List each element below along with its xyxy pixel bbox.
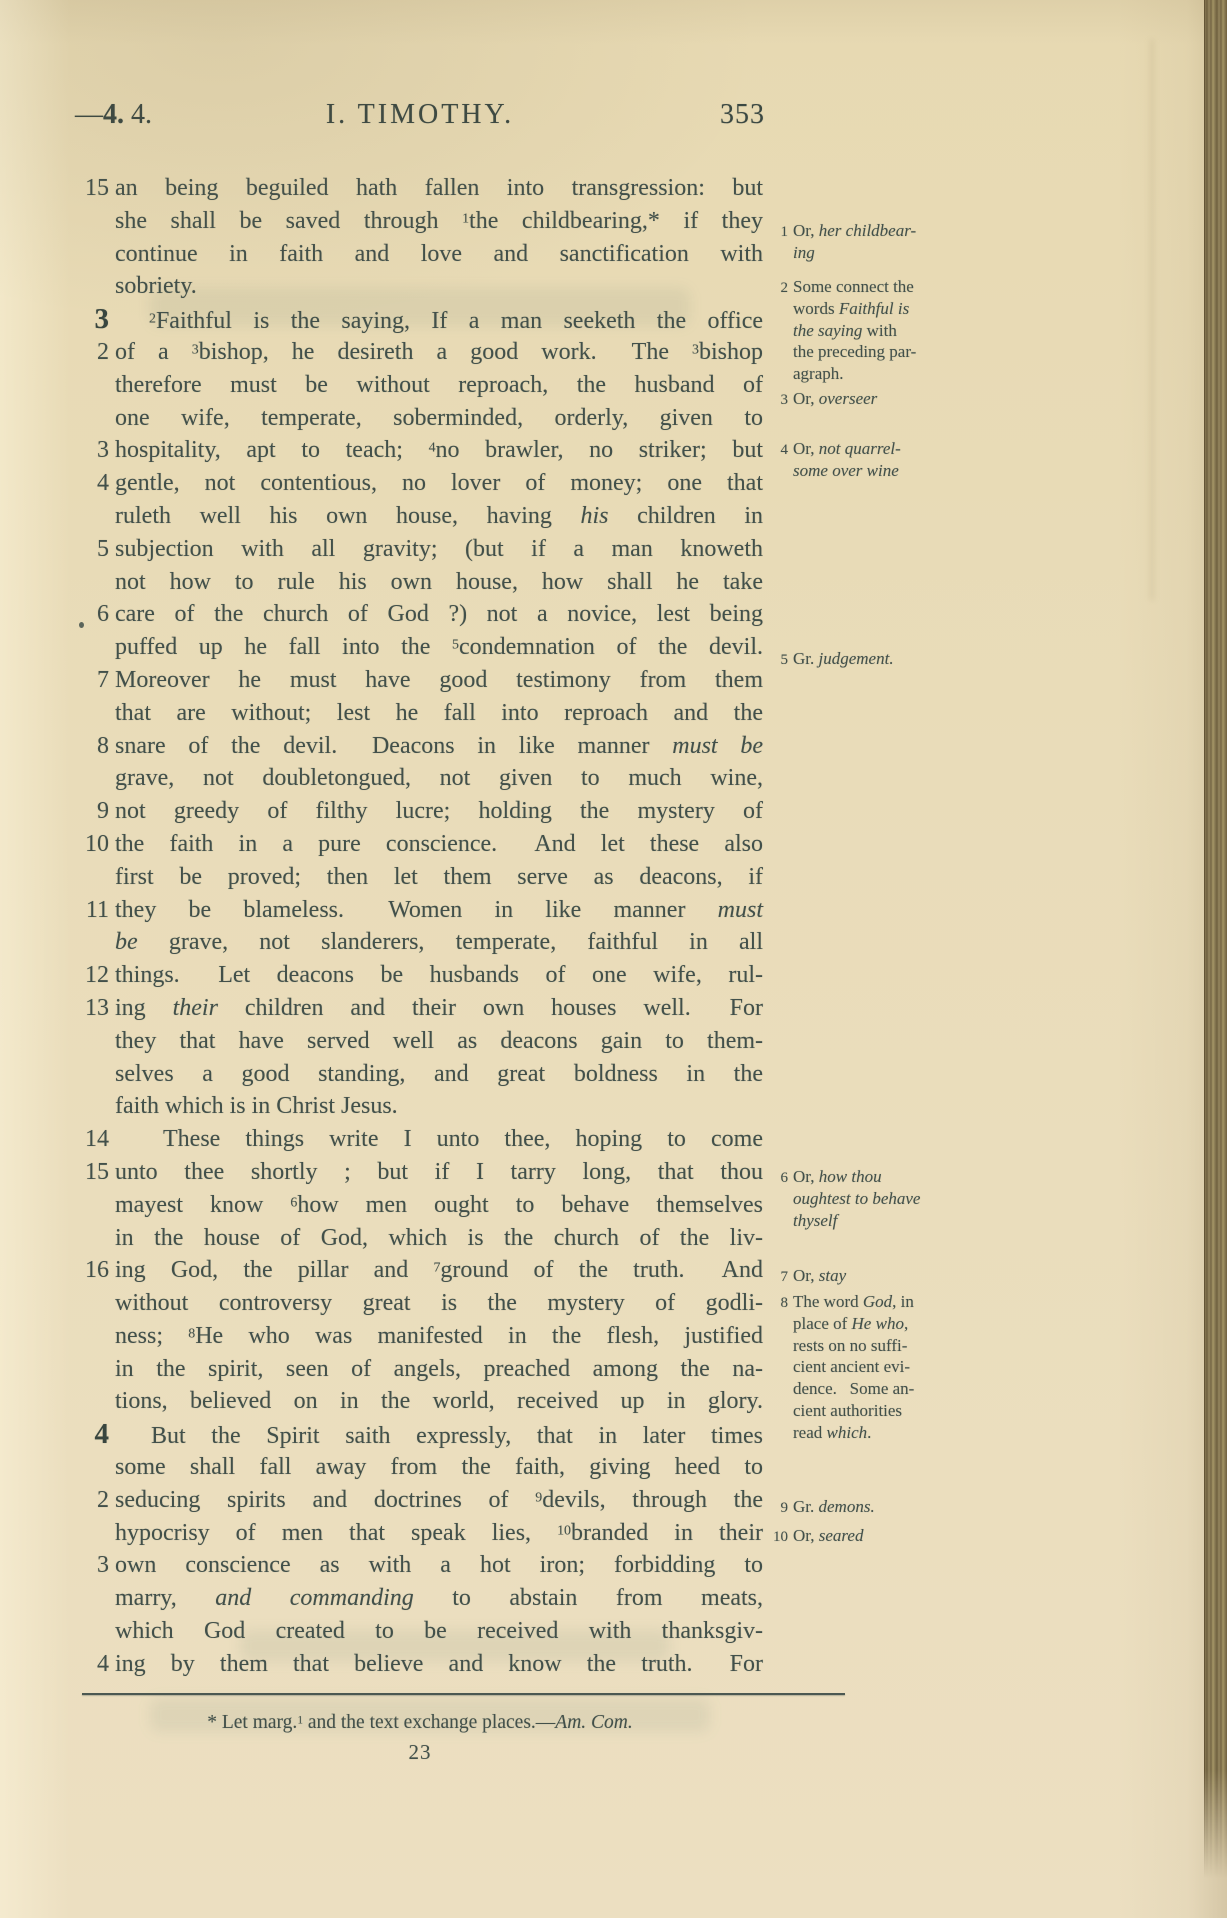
text-line: 11they be blameless. Women in like manne… [75, 894, 763, 927]
book-page: —4. 4. I. TIMOTHY. 353 15an being beguil… [0, 0, 1227, 1918]
text-line: 12things. Let deacons be husbands of one… [75, 959, 763, 992]
note-number: 10 [768, 1527, 788, 1549]
american-committee-footnote: * Let marg.1 and the text exchange place… [75, 1710, 765, 1736]
text-line: 10the faith in a pure conscience. And le… [75, 828, 763, 861]
verse-text: 2Faithful is the saying, If a man seeket… [115, 305, 763, 338]
verse-number: 14 [75, 1123, 109, 1156]
note-number: 3 [768, 390, 788, 412]
page-header: —4. 4. I. TIMOTHY. 353 [75, 96, 765, 134]
verse-number: 16 [75, 1254, 109, 1287]
text-line: therefore must be without reproach, the … [75, 369, 763, 402]
header-page-number: 353 [558, 96, 765, 134]
verse-text: not greedy of filthy lucre; holding the … [115, 795, 763, 828]
verse-text: ruleth well his own house, having his ch… [115, 500, 763, 533]
note-text: Or, seared [793, 1525, 980, 1547]
note-text: Gr. demons. [793, 1496, 980, 1518]
verse-number: 12 [75, 959, 109, 992]
note-number: 6 [768, 1168, 788, 1190]
text-line: ness; 8He who was manifested in the fles… [75, 1320, 763, 1353]
verse-text: Moreover he must have good testimony fro… [115, 664, 763, 697]
note-number: 2 [768, 278, 788, 300]
text-line: which God created to be received with th… [75, 1615, 763, 1648]
text-line: tions, believed on in the world, receive… [75, 1385, 763, 1418]
text-line: they that have served well as deacons ga… [75, 1025, 763, 1058]
text-line: faith which is in Christ Jesus. [75, 1090, 763, 1123]
text-line: not how to rule his own house, how shall… [75, 566, 763, 599]
verse-text: marry, and commanding to abstain from me… [115, 1582, 763, 1615]
text-line: 8snare of the devil. Deacons in like man… [75, 730, 763, 763]
verse-number: 15 [75, 1156, 109, 1189]
note-text: The word God, inplace of He who,rests on… [793, 1291, 980, 1444]
margin-note: 10Or, seared [768, 1525, 980, 1549]
footnote-divider [82, 1693, 845, 1695]
note-number: 9 [768, 1498, 788, 1520]
verse-text: not how to rule his own house, how shall… [115, 566, 763, 599]
verse-text: faith which is in Christ Jesus. [115, 1090, 763, 1123]
verse-text: These things write I unto thee, hoping t… [115, 1123, 763, 1156]
text-line: be grave, not slanderers, temperate, fai… [75, 926, 763, 959]
note-text: Or, how thououghtest to behavethyself [793, 1166, 980, 1231]
verse-text: ness; 8He who was manifested in the fles… [115, 1320, 763, 1353]
verse-number: 10 [75, 828, 109, 861]
text-line: in the spirit, seen of angels, preached … [75, 1353, 763, 1386]
verse-number: 2 [75, 1484, 109, 1517]
note-number: 4 [768, 440, 788, 462]
verse-number: 4 [75, 467, 109, 500]
verse-text: they that have served well as deacons ga… [115, 1025, 763, 1058]
verse-text: in the house of God, which is the church… [115, 1222, 763, 1255]
note-number: 5 [768, 650, 788, 672]
text-line: grave, not doubletongued, not given to m… [75, 762, 763, 795]
text-line: 4ing by them that believe and know the t… [75, 1648, 763, 1681]
text-line: 9not greedy of filthy lucre; holding the… [75, 795, 763, 828]
verse-text: sobriety. [115, 270, 763, 303]
verse-number: 7 [75, 664, 109, 697]
verse-text: own conscience as with a hot iron; forbi… [115, 1549, 763, 1582]
text-line: that are without; lest he fall into repr… [75, 697, 763, 730]
verse-number: 11 [75, 894, 109, 927]
margin-note: 7Or, stay [768, 1265, 980, 1289]
text-line: some shall fall away from the faith, giv… [75, 1451, 763, 1484]
text-line: ruleth well his own house, having his ch… [75, 500, 763, 533]
text-line: 16ing God, the pillar and 7ground of the… [75, 1254, 763, 1287]
verse-text: grave, not doubletongued, not given to m… [115, 762, 763, 795]
verse-text: gentle, not contentious, no lover of mon… [115, 467, 763, 500]
verse-number: 5 [75, 533, 109, 566]
margin-note: 4Or, not quarrel-some over wine [768, 438, 980, 482]
verse-text: one wife, temperate, soberminded, orderl… [115, 402, 763, 435]
page-edge-band [1204, 0, 1227, 1882]
text-line: 3own conscience as with a hot iron; forb… [75, 1549, 763, 1582]
verse-number: 15 [75, 172, 109, 205]
note-text: Or, overseer [793, 388, 980, 410]
margin-note: 8The word God, inplace of He who,rests o… [768, 1291, 980, 1444]
verse-text: puffed up he fall into the 5condemnation… [115, 631, 763, 664]
text-line: 5subjection with all gravity; (but if a … [75, 533, 763, 566]
text-line: marry, and commanding to abstain from me… [75, 1582, 763, 1615]
verse-text: subjection with all gravity; (but if a m… [115, 533, 763, 566]
scripture-text-column: 15an being beguiled hath fallen into tra… [75, 172, 763, 1681]
verse-text: be grave, not slanderers, temperate, fai… [115, 926, 763, 959]
margin-note: 6Or, how thououghtest to behavethyself [768, 1166, 980, 1231]
verse-text: an being beguiled hath fallen into trans… [115, 172, 763, 205]
text-line: one wife, temperate, soberminded, orderl… [75, 402, 763, 435]
verse-number: 13 [75, 992, 109, 1025]
text-line: she shall be saved through 1the childbea… [75, 205, 763, 238]
verse-text: she shall be saved through 1the childbea… [115, 205, 763, 238]
note-text: Gr. judgement. [793, 648, 980, 670]
verse-text: first be proved; then let them serve as … [115, 861, 763, 894]
text-line: 13ing their children and their own house… [75, 992, 763, 1025]
verse-text: without controversy great is the mystery… [115, 1287, 763, 1320]
text-line: 14These things write I unto thee, hoping… [75, 1123, 763, 1156]
margin-note: 3Or, overseer [768, 388, 980, 412]
text-line: in the house of God, which is the church… [75, 1222, 763, 1255]
verse-text: the faith in a pure conscience. And let … [115, 828, 763, 861]
verse-text: seducing spirits and doctrines of 9devil… [115, 1484, 763, 1517]
chapter-opening-line: 32Faithful is the saying, If a man seeke… [75, 303, 763, 336]
margin-note: 9Gr. demons. [768, 1496, 980, 1520]
header-verse-range: —4. 4. [75, 96, 282, 134]
verse-text: they be blameless. Women in like manner … [115, 894, 763, 927]
verse-text: that are without; lest he fall into repr… [115, 697, 763, 730]
text-line: puffed up he fall into the 5condemnation… [75, 631, 763, 664]
verse-text: hospitality, apt to teach; 4no brawler, … [115, 434, 763, 467]
print-artifact-dot [79, 622, 84, 628]
text-line: 6care of the church of God ?) not a novi… [75, 598, 763, 631]
verse-text: ing their children and their own houses … [115, 992, 763, 1025]
margin-note: 2Some connect thewords Faithful isthe sa… [768, 276, 980, 385]
verse-text: unto thee shortly ; but if I tarry long,… [115, 1156, 763, 1189]
note-number: 8 [768, 1293, 788, 1315]
text-line: 15an being beguiled hath fallen into tra… [75, 172, 763, 205]
text-line: 4gentle, not contentious, no lover of mo… [75, 467, 763, 500]
note-text: Some connect thewords Faithful isthe say… [793, 276, 980, 385]
verse-text: But the Spirit saith expressly, that in … [115, 1420, 763, 1453]
chapter-number: 3 [75, 303, 109, 336]
note-number: 7 [768, 1267, 788, 1289]
verse-number: 4 [75, 1648, 109, 1681]
verse-text: some shall fall away from the faith, giv… [115, 1451, 763, 1484]
text-line: without controversy great is the mystery… [75, 1287, 763, 1320]
text-line: sobriety. [75, 270, 763, 303]
verse-text: care of the church of God ?) not a novic… [115, 598, 763, 631]
verse-text: snare of the devil. Deacons in like mann… [115, 730, 763, 763]
verse-text: hypocrisy of men that speak lies, 10bran… [115, 1517, 763, 1550]
printer-signature: 23 [75, 1740, 765, 1765]
chapter-opening-line: 4But the Spirit saith expressly, that in… [75, 1418, 763, 1451]
text-line: 2seducing spirits and doctrines of 9devi… [75, 1484, 763, 1517]
text-line: hypocrisy of men that speak lies, 10bran… [75, 1517, 763, 1550]
text-line: 2of a 3bishop, he desireth a good work. … [75, 336, 763, 369]
text-line: selves a good standing, and great boldne… [75, 1058, 763, 1091]
verse-number: 9 [75, 795, 109, 828]
text-line: continue in faith and love and sanctific… [75, 238, 763, 271]
text-line: 7Moreover he must have good testimony fr… [75, 664, 763, 697]
margin-notes-column: 1Or, her childbear-ing2Some connect thew… [768, 0, 980, 1918]
verse-text: things. Let deacons be husbands of one w… [115, 959, 763, 992]
note-text: Or, not quarrel-some over wine [793, 438, 980, 482]
margin-note: 5Gr. judgement. [768, 648, 980, 672]
text-line: 15unto thee shortly ; but if I tarry lon… [75, 1156, 763, 1189]
verse-text: mayest know 6how men ought to behave the… [115, 1189, 763, 1222]
note-number: 1 [768, 222, 788, 244]
verse-number: 8 [75, 730, 109, 763]
verse-text: ing God, the pillar and 7ground of the t… [115, 1254, 763, 1287]
text-line: 3hospitality, apt to teach; 4no brawler,… [75, 434, 763, 467]
note-text: Or, stay [793, 1265, 980, 1287]
verse-text: therefore must be without reproach, the … [115, 369, 763, 402]
verse-number: 3 [75, 1549, 109, 1582]
margin-note: 1Or, her childbear-ing [768, 220, 980, 264]
verse-text: in the spirit, seen of angels, preached … [115, 1353, 763, 1386]
text-line: first be proved; then let them serve as … [75, 861, 763, 894]
verse-number: 2 [75, 336, 109, 369]
verse-text: tions, believed on in the world, receive… [115, 1385, 763, 1418]
paper-crease [1150, 40, 1154, 600]
header-book-title: I. TIMOTHY. [282, 96, 558, 134]
verse-text: selves a good standing, and great boldne… [115, 1058, 763, 1091]
verse-text: ing by them that believe and know the tr… [115, 1648, 763, 1681]
verse-text: which God created to be received with th… [115, 1615, 763, 1648]
chapter-number: 4 [75, 1418, 109, 1451]
verse-text: of a 3bishop, he desireth a good work. T… [115, 336, 763, 369]
verse-number: 3 [75, 434, 109, 467]
text-line: mayest know 6how men ought to behave the… [75, 1189, 763, 1222]
note-text: Or, her childbear-ing [793, 220, 980, 264]
verse-text: continue in faith and love and sanctific… [115, 238, 763, 271]
